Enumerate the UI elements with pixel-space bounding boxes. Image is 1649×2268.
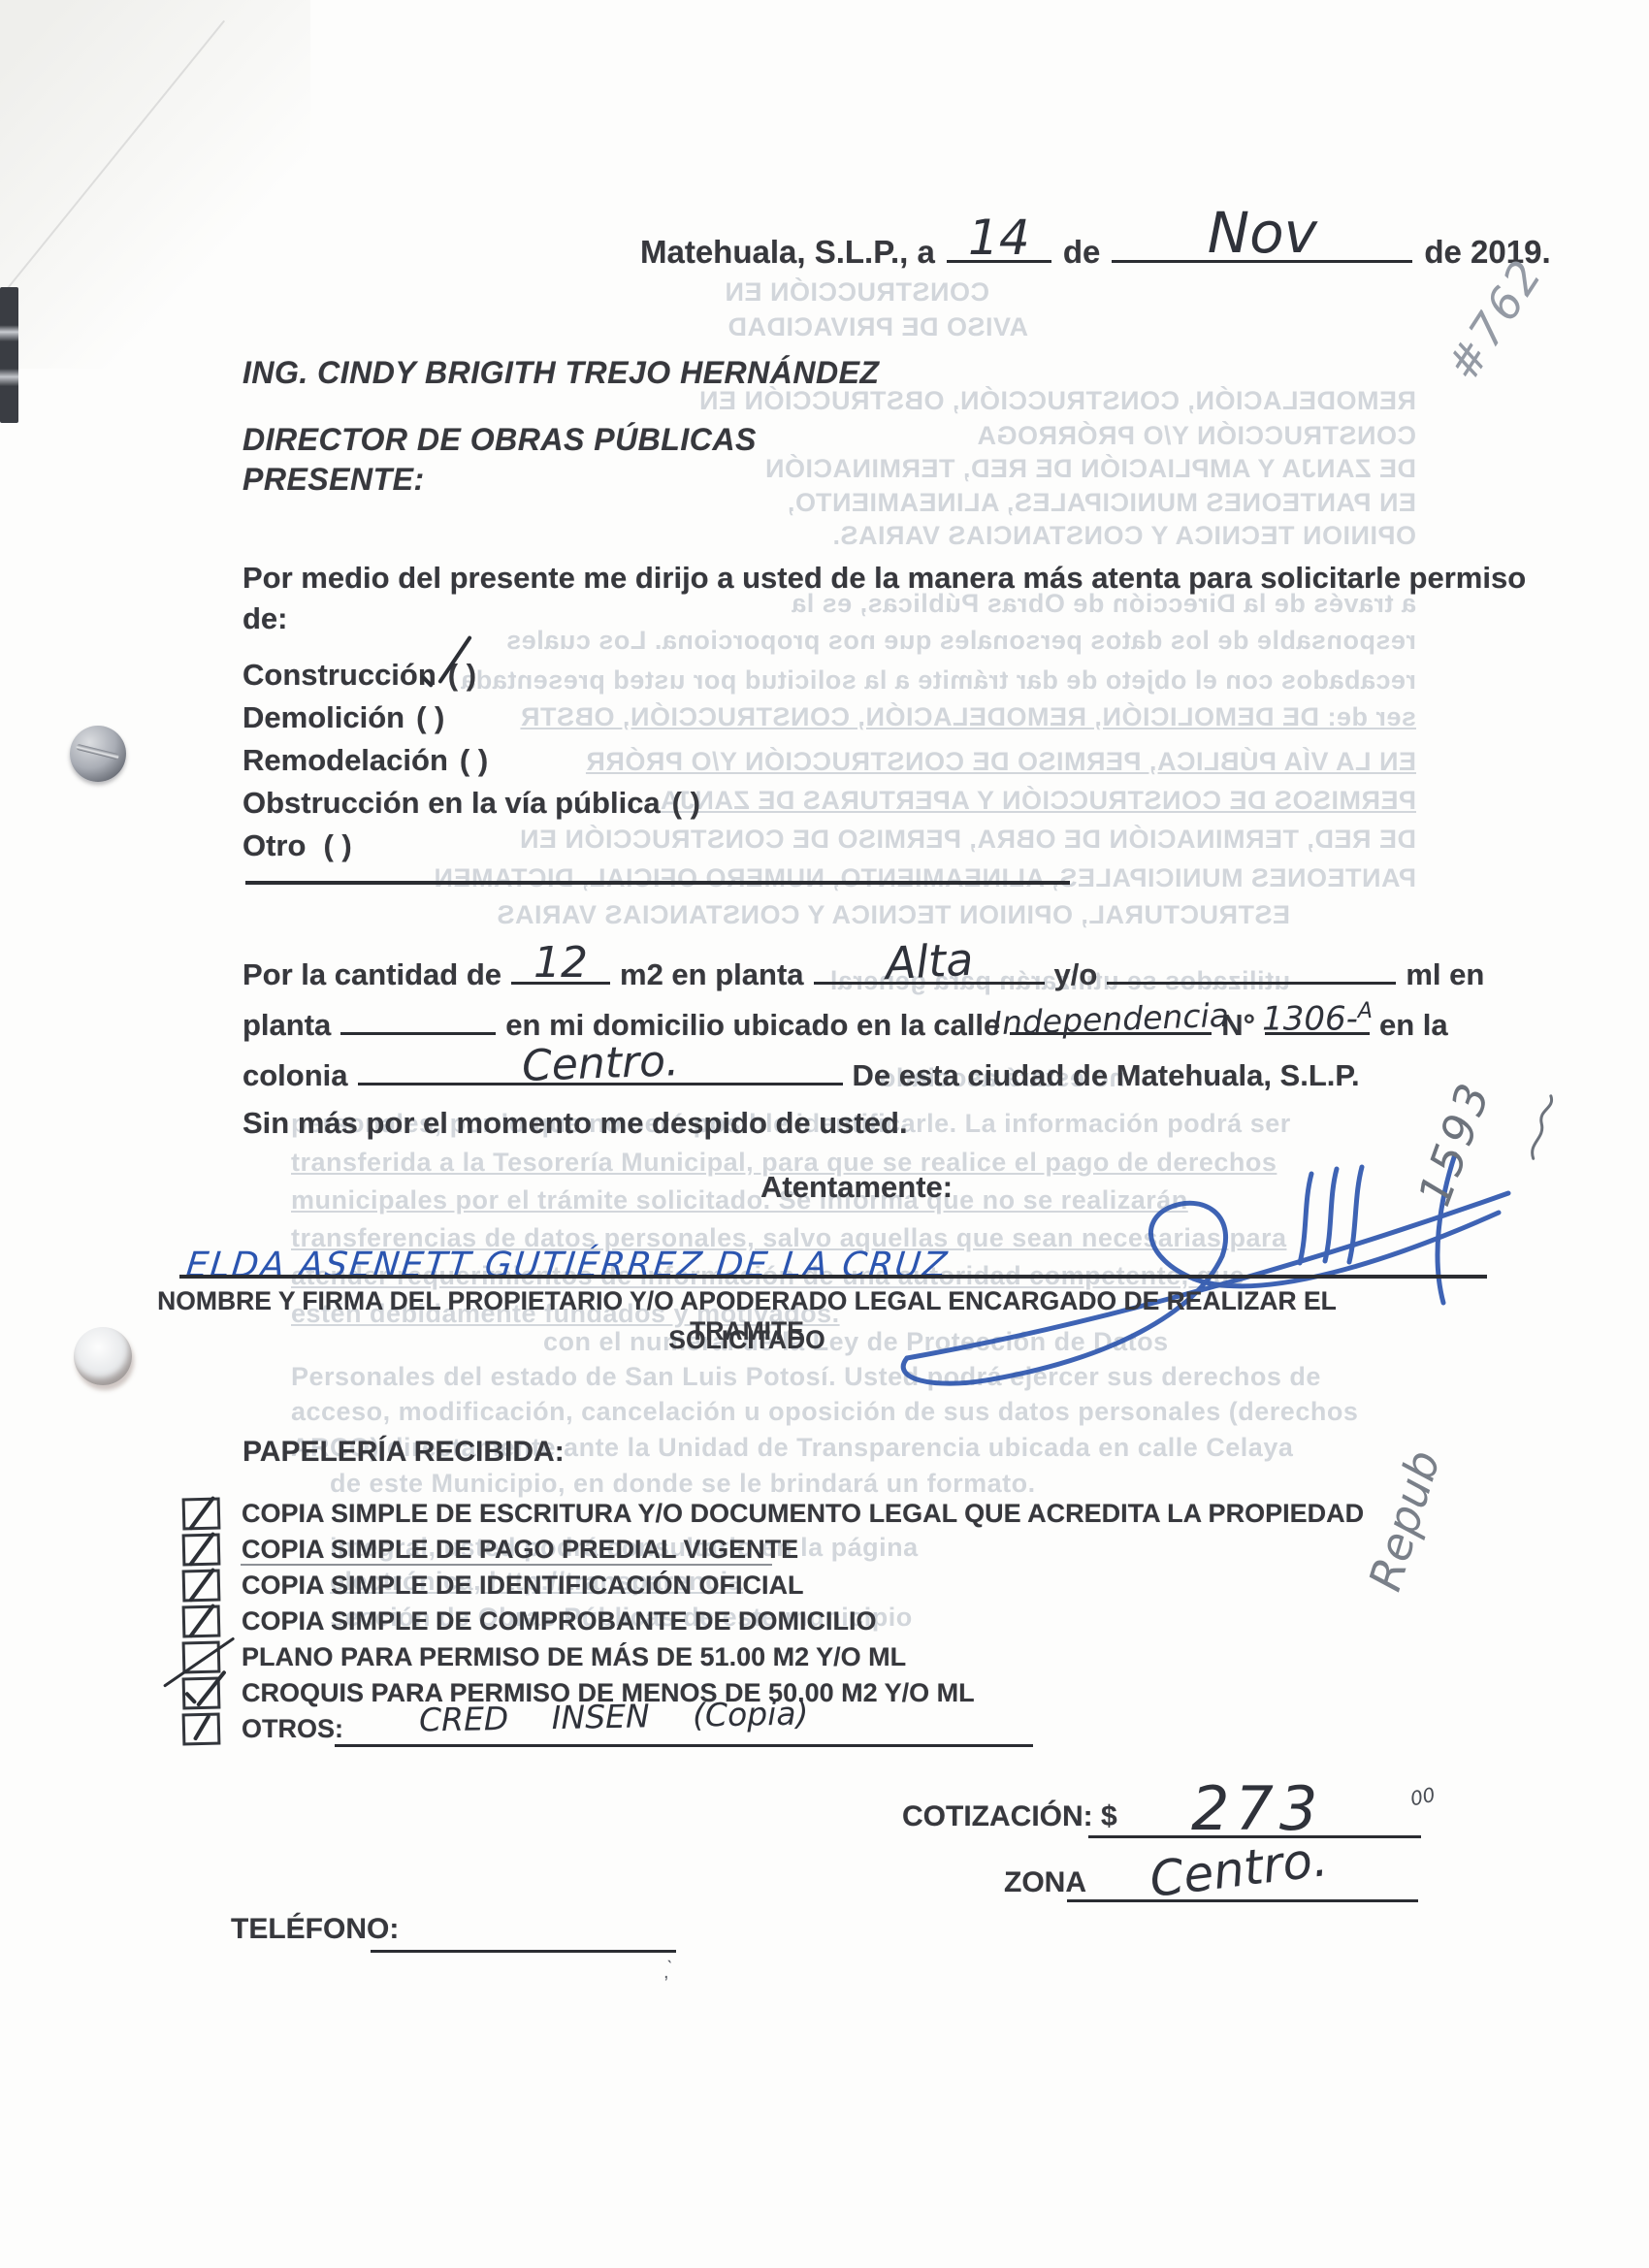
- telefono-line: [371, 1950, 676, 1953]
- pencil-squiggle: [1518, 1090, 1569, 1163]
- bleedthrough-text: OPINION TECNICA Y CONSTANCIAS VARIAS.: [446, 521, 1416, 551]
- handwritten-cotizacion-cents: 00: [1408, 1783, 1438, 1811]
- handwritten-floor: Alta: [884, 933, 974, 990]
- option-label: Obstrucción en la vía pública: [242, 786, 661, 821]
- checkbox: [182, 1604, 221, 1637]
- bleedthrough-text: responsable de los datos personales que …: [417, 626, 1416, 656]
- checkmark: [184, 1691, 197, 1704]
- handwritten-signer-name: ELDA ASENETT GUTIÉRREZ DE LA CRUZ: [184, 1246, 951, 1285]
- closing-line: Sin más por el momento me despido de ust…: [242, 1106, 908, 1141]
- bleedthrough-text: DE RED, TERMINACIÓN DE OBRA, PERMISO DE …: [417, 825, 1416, 855]
- planta-field: [340, 1003, 496, 1035]
- option-parens: ( ): [323, 828, 351, 863]
- handwritten-colonia: Centro.: [521, 1036, 680, 1091]
- qty-label: colonia: [242, 1058, 348, 1093]
- date-city-label: Matehuala, S.L.P., a: [640, 234, 935, 271]
- page-corner-fold: [0, 0, 310, 369]
- qty-label: m2 en planta: [620, 957, 804, 992]
- zona-line: [1067, 1899, 1418, 1902]
- bleedthrough-text: ESTRUCTURAL, OPINION TECNICA Y CONSTANCI…: [417, 900, 1290, 930]
- bleedthrough-text: AVISO DE PRIVACIDAD: [543, 312, 1028, 342]
- brad-fastener-top: [70, 726, 126, 782]
- bleedthrough-text: EN PANTEONES MUNICIPALES, ALINEAMIENTO,: [446, 488, 1416, 518]
- pen-mark: , ̀: [663, 1961, 673, 1984]
- checkbox: [182, 1676, 221, 1709]
- street-field: Independencia: [1010, 1003, 1212, 1035]
- qty-label: y/o: [1054, 957, 1098, 992]
- qty-label: en la: [1379, 1008, 1448, 1043]
- checklist-row-escritura: COPIA SIMPLE DE ESCRITURA Y/O DOCUMENTO …: [182, 1498, 1364, 1530]
- intro-line-2: de:: [242, 601, 288, 636]
- house-number-field: 1306-A: [1265, 1003, 1370, 1035]
- signature-caption-line-2: SOLICITADO: [145, 1325, 1348, 1355]
- option-parens: ( ): [416, 700, 444, 735]
- handwritten-street: Independencia: [992, 996, 1230, 1042]
- zona-label: ZONA: [1004, 1866, 1086, 1899]
- ml-field: [1107, 953, 1396, 985]
- checklist-row-identificacion: COPIA SIMPLE DE IDENTIFICACIÓN OFICIAL: [182, 1570, 804, 1602]
- otros-write-in-line: [335, 1744, 1033, 1747]
- option-label: Construcción: [242, 658, 436, 693]
- bleedthrough-text: EN LA VÍA PÚBLICA, PERMISO DE CONSTRUCCI…: [417, 747, 1416, 777]
- option-obstruccion: Obstrucción en la vía pública ( ): [242, 786, 700, 821]
- bleedthrough-text: CONSTRUCCIÓN EN: [582, 277, 989, 308]
- bleed-underline: [241, 1564, 772, 1566]
- handwritten-month: Nov: [1208, 200, 1317, 266]
- addressee-name: ING. CINDY BRIGITH TREJO HERNÁNDEZ: [242, 355, 879, 391]
- checkbox: [182, 1533, 221, 1566]
- bleedthrough-text: DE ZANJA Y AMPLIACIÓN DE RED, TERMINACIÓ…: [446, 454, 1416, 484]
- date-line: Matehuala, S.L.P., a 14 de Nov de 2019.: [640, 231, 1551, 271]
- quantity-line-3: colonia Centro. De esta ciudad de Matehu…: [242, 1053, 1360, 1093]
- option-parens: ( ): [672, 786, 700, 821]
- checkmark: [188, 1532, 215, 1567]
- bleedthrough-text: recabados con el objeto de dar trámite a…: [417, 665, 1416, 696]
- checklist-label: COPIA SIMPLE DE ESCRITURA Y/O DOCUMENTO …: [242, 1499, 1364, 1529]
- checkmark: [188, 1496, 215, 1531]
- bleedthrough-text: ser de: DE DEMOLICIÓN, REMODELACIÓN, CON…: [417, 702, 1416, 732]
- checklist-row-domicilio: COPIA SIMPLE DE COMPROBANTE DE DOMICILIO: [182, 1605, 877, 1637]
- checkbox: [182, 1640, 221, 1673]
- fastener-slot: [76, 744, 119, 761]
- date-de-label: de: [1063, 234, 1101, 271]
- option-label: Remodelación: [242, 743, 448, 778]
- option-demolicion: Demolición ( ): [242, 700, 444, 735]
- handwritten-day: 14: [968, 210, 1030, 266]
- checklist-label: COPIA SIMPLE DE COMPROBANTE DE DOMICILIO: [242, 1606, 877, 1636]
- option-label: Otro: [242, 828, 306, 863]
- telefono-label: TELÉFONO:: [231, 1913, 399, 1946]
- checkmark: [188, 1604, 215, 1638]
- checklist-label: OTROS:: [242, 1714, 343, 1744]
- colonia-field: Centro.: [358, 1053, 843, 1085]
- quantity-line-2: planta en mi domicilio ubicado en la cal…: [242, 1003, 1448, 1043]
- checkbox: [182, 1497, 221, 1530]
- handwritten-zona-value: Centro.: [1147, 1831, 1331, 1908]
- option-otro: Otro ( ): [242, 828, 352, 863]
- option-remodelacion: Remodelación ( ): [242, 743, 488, 778]
- scan-edge-mark: [0, 287, 18, 423]
- checkbox: [182, 1712, 221, 1745]
- scanned-permit-form: CONSTRUCCIÓN EN AVISO DE PRIVACIDAD REMO…: [0, 0, 1649, 2268]
- paperwork-heading: PAPELERÍA RECIBIDA:: [242, 1436, 565, 1469]
- qty-label: De esta ciudad de Matehuala, S.L.P.: [853, 1058, 1360, 1093]
- handwritten-house-number: 1306-A: [1262, 999, 1373, 1038]
- checklist-row-predial: COPIA SIMPLE DE PAGO PREDIAL VIGENTE: [182, 1534, 798, 1566]
- option-parens: ( ): [460, 743, 488, 778]
- brad-fastener-bottom: [74, 1327, 132, 1385]
- checklist-label: COPIA SIMPLE DE IDENTIFICACIÓN OFICIAL: [242, 1571, 804, 1601]
- house-number-suffix: A: [1358, 999, 1373, 1023]
- cotizacion-label: COTIZACIÓN: $: [902, 1800, 1117, 1833]
- signature-rule: [179, 1275, 1487, 1279]
- checkbox: [182, 1569, 221, 1602]
- area-field: 12: [511, 953, 610, 985]
- checklist-row-otros: OTROS:: [182, 1713, 343, 1745]
- date-day-field: 14: [947, 231, 1051, 263]
- checklist-label: COPIA SIMPLE DE PAGO PREDIAL VIGENTE: [242, 1535, 798, 1565]
- checkmark: [196, 1669, 227, 1706]
- addressee-salutation: PRESENTE:: [242, 462, 425, 498]
- handwritten-otros-value: CRED INSEN (Copia): [419, 1695, 809, 1739]
- quantity-line-1: Por la cantidad de 12 m2 en planta Alta …: [242, 953, 1484, 992]
- bleedthrough-text: de este Municipio, en donde se le brinda…: [330, 1469, 1416, 1499]
- addressee-role: DIRECTOR DE OBRAS PÚBLICAS: [242, 422, 757, 458]
- pencil-word-note: Repub: [1358, 1444, 1450, 1597]
- checkmark: [188, 1568, 215, 1603]
- option-label: Demolición: [242, 700, 404, 735]
- checklist-row-plano: PLANO PARA PERMISO DE MÁS DE 51.00 M2 Y/…: [182, 1641, 906, 1673]
- handwritten-area: 12: [533, 938, 588, 988]
- qty-label: en mi domicilio ubicado en la calle: [505, 1008, 1000, 1043]
- intro-line-1: Por medio del presente me dirijo a usted…: [242, 561, 1526, 596]
- date-month-field: Nov: [1112, 231, 1412, 263]
- floor-field: Alta: [814, 953, 1045, 985]
- otro-write-in-line: [245, 881, 1070, 885]
- qty-label: ml en: [1406, 957, 1484, 992]
- qty-label: Por la cantidad de: [242, 957, 501, 992]
- checklist-label: PLANO PARA PERMISO DE MÁS DE 51.00 M2 Y/…: [242, 1642, 906, 1672]
- qty-label: planta: [242, 1008, 331, 1043]
- bleedthrough-text: PANTEONES MUNICIPALES, ALINEAMIENTO, NUM…: [417, 863, 1416, 893]
- checkmark: [193, 1714, 210, 1741]
